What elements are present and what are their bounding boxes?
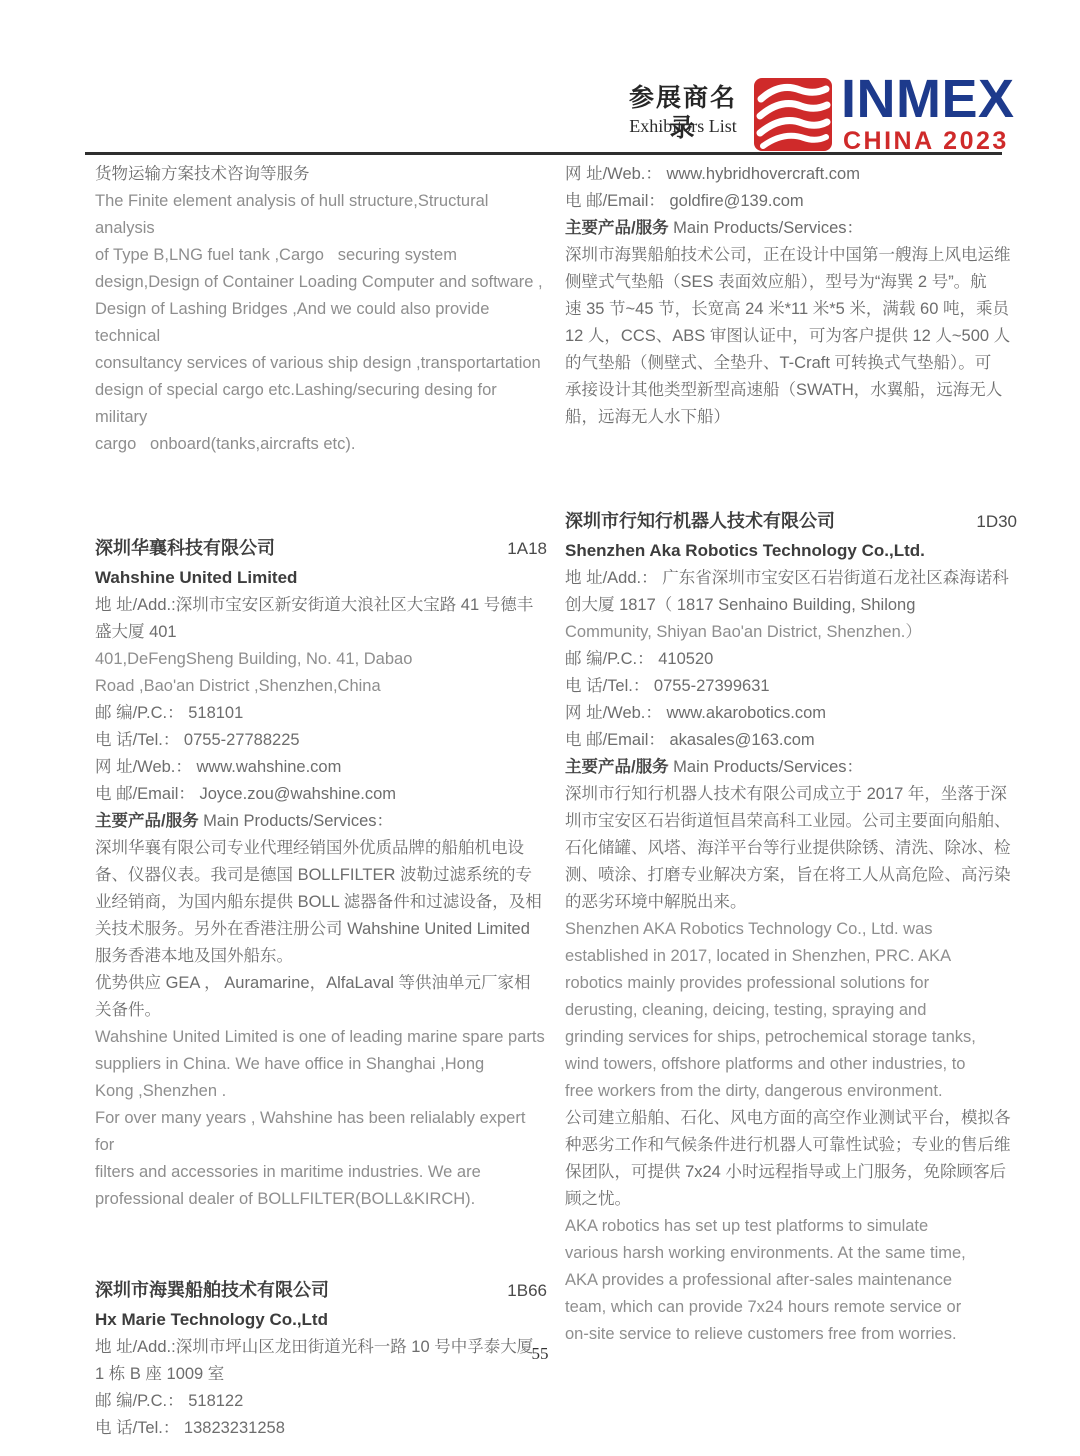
exhibitors-list-page: 参展商名录 Exhibitors List INMEX CHINA 2023 货… (0, 0, 1080, 1456)
products-label-cn: 主要产品/服务 (565, 219, 669, 237)
entry-header: 深圳市海巽船舶技术有限公司 1B66 (95, 1275, 547, 1306)
products-header: 主要产品/服务 Main Products/Services： (95, 808, 547, 835)
address-line: 创大厦 1817（ 1817 Senhaino Building, Shilon… (565, 592, 1017, 619)
products-header: 主要产品/服务 Main Products/Services： (565, 215, 1017, 242)
company-name-cn: 深圳市海巽船舶技术有限公司 (95, 1275, 329, 1305)
products-paragraph-cn: 深圳华襄有限公司专业代理经销国外优质品牌的船舶机电设 备、仪器仪表。我司是德国 … (95, 835, 547, 1024)
products-paragraph-en-2: AKA robotics has set up test platforms t… (565, 1213, 1017, 1348)
company-name-en: Shenzhen Aka Robotics Technology Co.,Ltd… (565, 537, 1017, 565)
products-label-en: Main Products/Services： (669, 219, 863, 237)
booth-number: 1D30 (976, 507, 1017, 537)
company-name-en: Hx Marie Technology Co.,Ltd (95, 1306, 547, 1334)
products-paragraph-en: Wahshine United Limited is one of leadin… (95, 1024, 547, 1213)
website-line: 网 址/Web.： www.hybridhovercraft.com (565, 161, 1017, 188)
exhibitor-entry-wahshine: 深圳华襄科技有限公司 1A18 Wahshine United Limited … (95, 533, 547, 1213)
website-line: 网 址/Web.： www.akarobotics.com (565, 700, 1017, 727)
products-label-cn: 主要产品/服务 (95, 812, 199, 830)
products-label-en: Main Products/Services： (199, 812, 393, 830)
products-paragraph-en-1: Shenzhen AKA Robotics Technology Co., Lt… (565, 916, 1017, 1105)
continuation-cn-line: 货物运输方案技术咨询等服务 (95, 161, 547, 188)
products-paragraph-cn-2: 公司建立船舶、石化、风电方面的高空作业测试平台，模拟各 种恶劣工作和气候条件进行… (565, 1105, 1017, 1213)
continuation-en-paragraph: The Finite element analysis of hull stru… (95, 188, 547, 458)
website-line: 网 址/Web.： www.wahshine.com (95, 754, 547, 781)
exhibitor-entry-aka-robotics: 深圳市行知行机器人技术有限公司 1D30 Shenzhen Aka Roboti… (565, 506, 1017, 1348)
inmex-waves-icon (754, 78, 832, 151)
products-label-en: Main Products/Services： (669, 758, 863, 776)
address-line: 地 址/Add.:深圳市宝安区新安街道大浪社区大宝路 41 号德丰 (95, 592, 547, 619)
company-name-en: Wahshine United Limited (95, 564, 547, 592)
email-line: 电 邮/Email： Joyce.zou@wahshine.com (95, 781, 547, 808)
phone-line: 电 话/Tel.： 0755-27399631 (565, 673, 1017, 700)
email-line: 电 邮/Email： goldfire@139.com (565, 188, 1017, 215)
continuation-block: 货物运输方案技术咨询等服务 The Finite element analysi… (95, 161, 547, 458)
booth-number: 1B66 (507, 1276, 547, 1306)
left-column: 货物运输方案技术咨询等服务 The Finite element analysi… (95, 161, 547, 1442)
address-line-en: Community, Shiyan Bao'an District, Shenz… (565, 619, 1017, 646)
address-line: 1 栋 B 座 1009 室 (95, 1361, 547, 1388)
page-number: 55 (0, 1344, 1080, 1364)
entry-header: 深圳市行知行机器人技术有限公司 1D30 (565, 506, 1017, 537)
company-name-cn: 深圳市行知行机器人技术有限公司 (565, 506, 835, 536)
products-header: 主要产品/服务 Main Products/Services： (565, 754, 1017, 781)
inmex-logo-text: INMEX (841, 72, 1015, 126)
products-paragraph-cn: 深圳市海巽船舶技术公司，正在设计中国第一艘海上风电运维 侧壁式气垫船（SES 表… (565, 242, 1017, 431)
booth-number: 1A18 (507, 534, 547, 564)
products-label-cn: 主要产品/服务 (565, 758, 669, 776)
right-column: 网 址/Web.： www.hybridhovercraft.com 电 邮/E… (565, 161, 1017, 1348)
exhibitor-entry-hx-marie-continued: 网 址/Web.： www.hybridhovercraft.com 电 邮/E… (565, 161, 1017, 431)
address-line-en: 401,DeFengSheng Building, No. 41, Dabao (95, 646, 547, 673)
postcode-line: 邮 编/P.C.： 410520 (565, 646, 1017, 673)
products-paragraph-cn-1: 深圳市行知行机器人技术有限公司成立于 2017 年，坐落于深 圳市宝安区石岩街道… (565, 781, 1017, 916)
address-line: 盛大厦 401 (95, 619, 547, 646)
phone-line: 电 话/Tel.： 0755-27788225 (95, 727, 547, 754)
postcode-line: 邮 编/P.C.： 518101 (95, 700, 547, 727)
address-line-en: Road ,Bao'an District ,Shenzhen,China (95, 673, 547, 700)
page-title-en: Exhibitors List (616, 116, 750, 138)
email-line: 电 邮/Email： akasales@163.com (565, 727, 1017, 754)
company-name-cn: 深圳华襄科技有限公司 (95, 533, 275, 563)
phone-line: 电 话/Tel.： 13823231258 (95, 1415, 547, 1442)
entry-header: 深圳华襄科技有限公司 1A18 (95, 533, 547, 564)
address-line: 地 址/Add.： 广东省深圳市宝安区石岩街道石龙社区森海诺科 (565, 565, 1017, 592)
header-divider (85, 152, 1002, 155)
postcode-line: 邮 编/P.C.： 518122 (95, 1388, 547, 1415)
inmex-logo-edition: CHINA 2023 (843, 129, 1009, 154)
